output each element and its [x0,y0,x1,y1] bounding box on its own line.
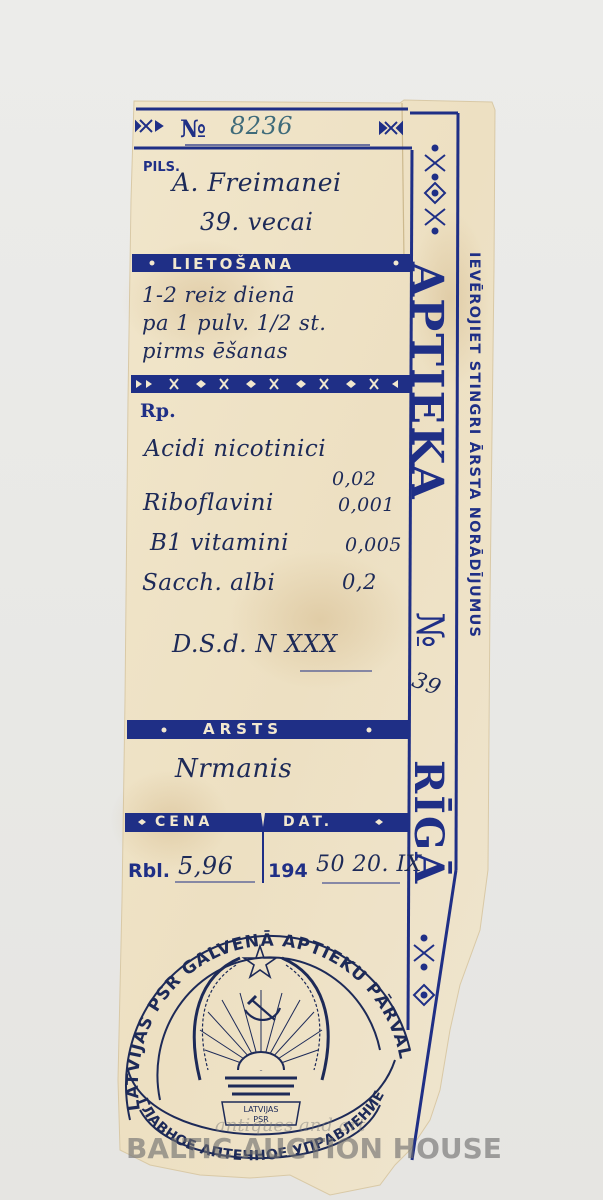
seal-outer-latvian: LATVIJAS PSR GALVENĀ APTIEKU PĀRVALDE [0,0,415,1112]
watermark-brand: BALTIC AUCTION HOUSE [126,1132,502,1165]
prescription-label: № 8236 PILS. A. Freimanei 39. vecai LIET… [0,0,603,1200]
seal-outer-russian: ГЛАВНОЕ АПТЕЧНОЕ УПРАВЛЕНИЕ ЛССР [0,0,390,1164]
svg-text:LATVIJAS PSR GALVENĀ APTIEKU P: LATVIJAS PSR GALVENĀ APTIEKU PĀRVALDE [0,0,415,1112]
seal-ribbon-line1: LATVIJAS [244,1105,279,1114]
svg-text:ГЛАВНОЕ АПТЕЧНОЕ УПРАВЛЕНИЕ ЛС: ГЛАВНОЕ АПТЕЧНОЕ УПРАВЛЕНИЕ ЛССР [0,0,390,1164]
seal-text: LATVIJAS PSR GALVENĀ APTIEKU PĀRVALDE ГЛ… [0,0,603,1200]
